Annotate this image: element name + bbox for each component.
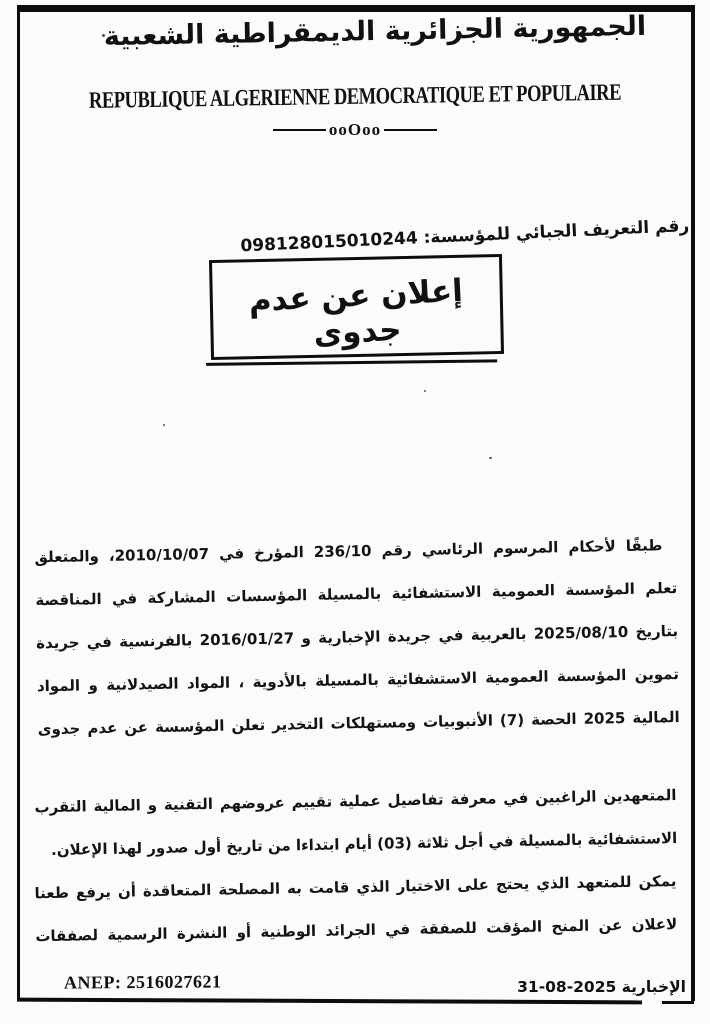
ornament-divider-text: ooOoo xyxy=(329,120,381,140)
scan-speckle xyxy=(424,390,426,392)
scan-speckle xyxy=(489,457,492,459)
notice-title-box: إعلان عن عدم جدوى xyxy=(209,254,504,360)
notice-title: إعلان عن عدم جدوى xyxy=(212,271,502,357)
scan-speckle xyxy=(163,424,165,426)
scanned-notice-page: الجمهورية الجزائرية الديمقراطية الشعبية … xyxy=(0,0,710,1024)
journal-name-and-date: الإخبارية 2025-08-31 xyxy=(517,978,686,996)
paragraph-appeal-info: يمكن للمتعهد الذي يحتج على الاختيار الذي… xyxy=(34,860,678,958)
scan-speckle xyxy=(102,34,105,37)
anep-reference: ANEP: 2516027621 xyxy=(64,971,222,993)
bottom-rule-fragment xyxy=(662,1001,694,1004)
paragraph-bidders-info: المتعهدين الراغبين في معرفة تفاصيل عملية… xyxy=(34,774,678,872)
paragraph-legal-basis: طبقًا لأحكام المرسوم الرئاسي رقم 236/10 … xyxy=(34,524,680,751)
ornament-divider: ooOoo xyxy=(270,120,440,140)
